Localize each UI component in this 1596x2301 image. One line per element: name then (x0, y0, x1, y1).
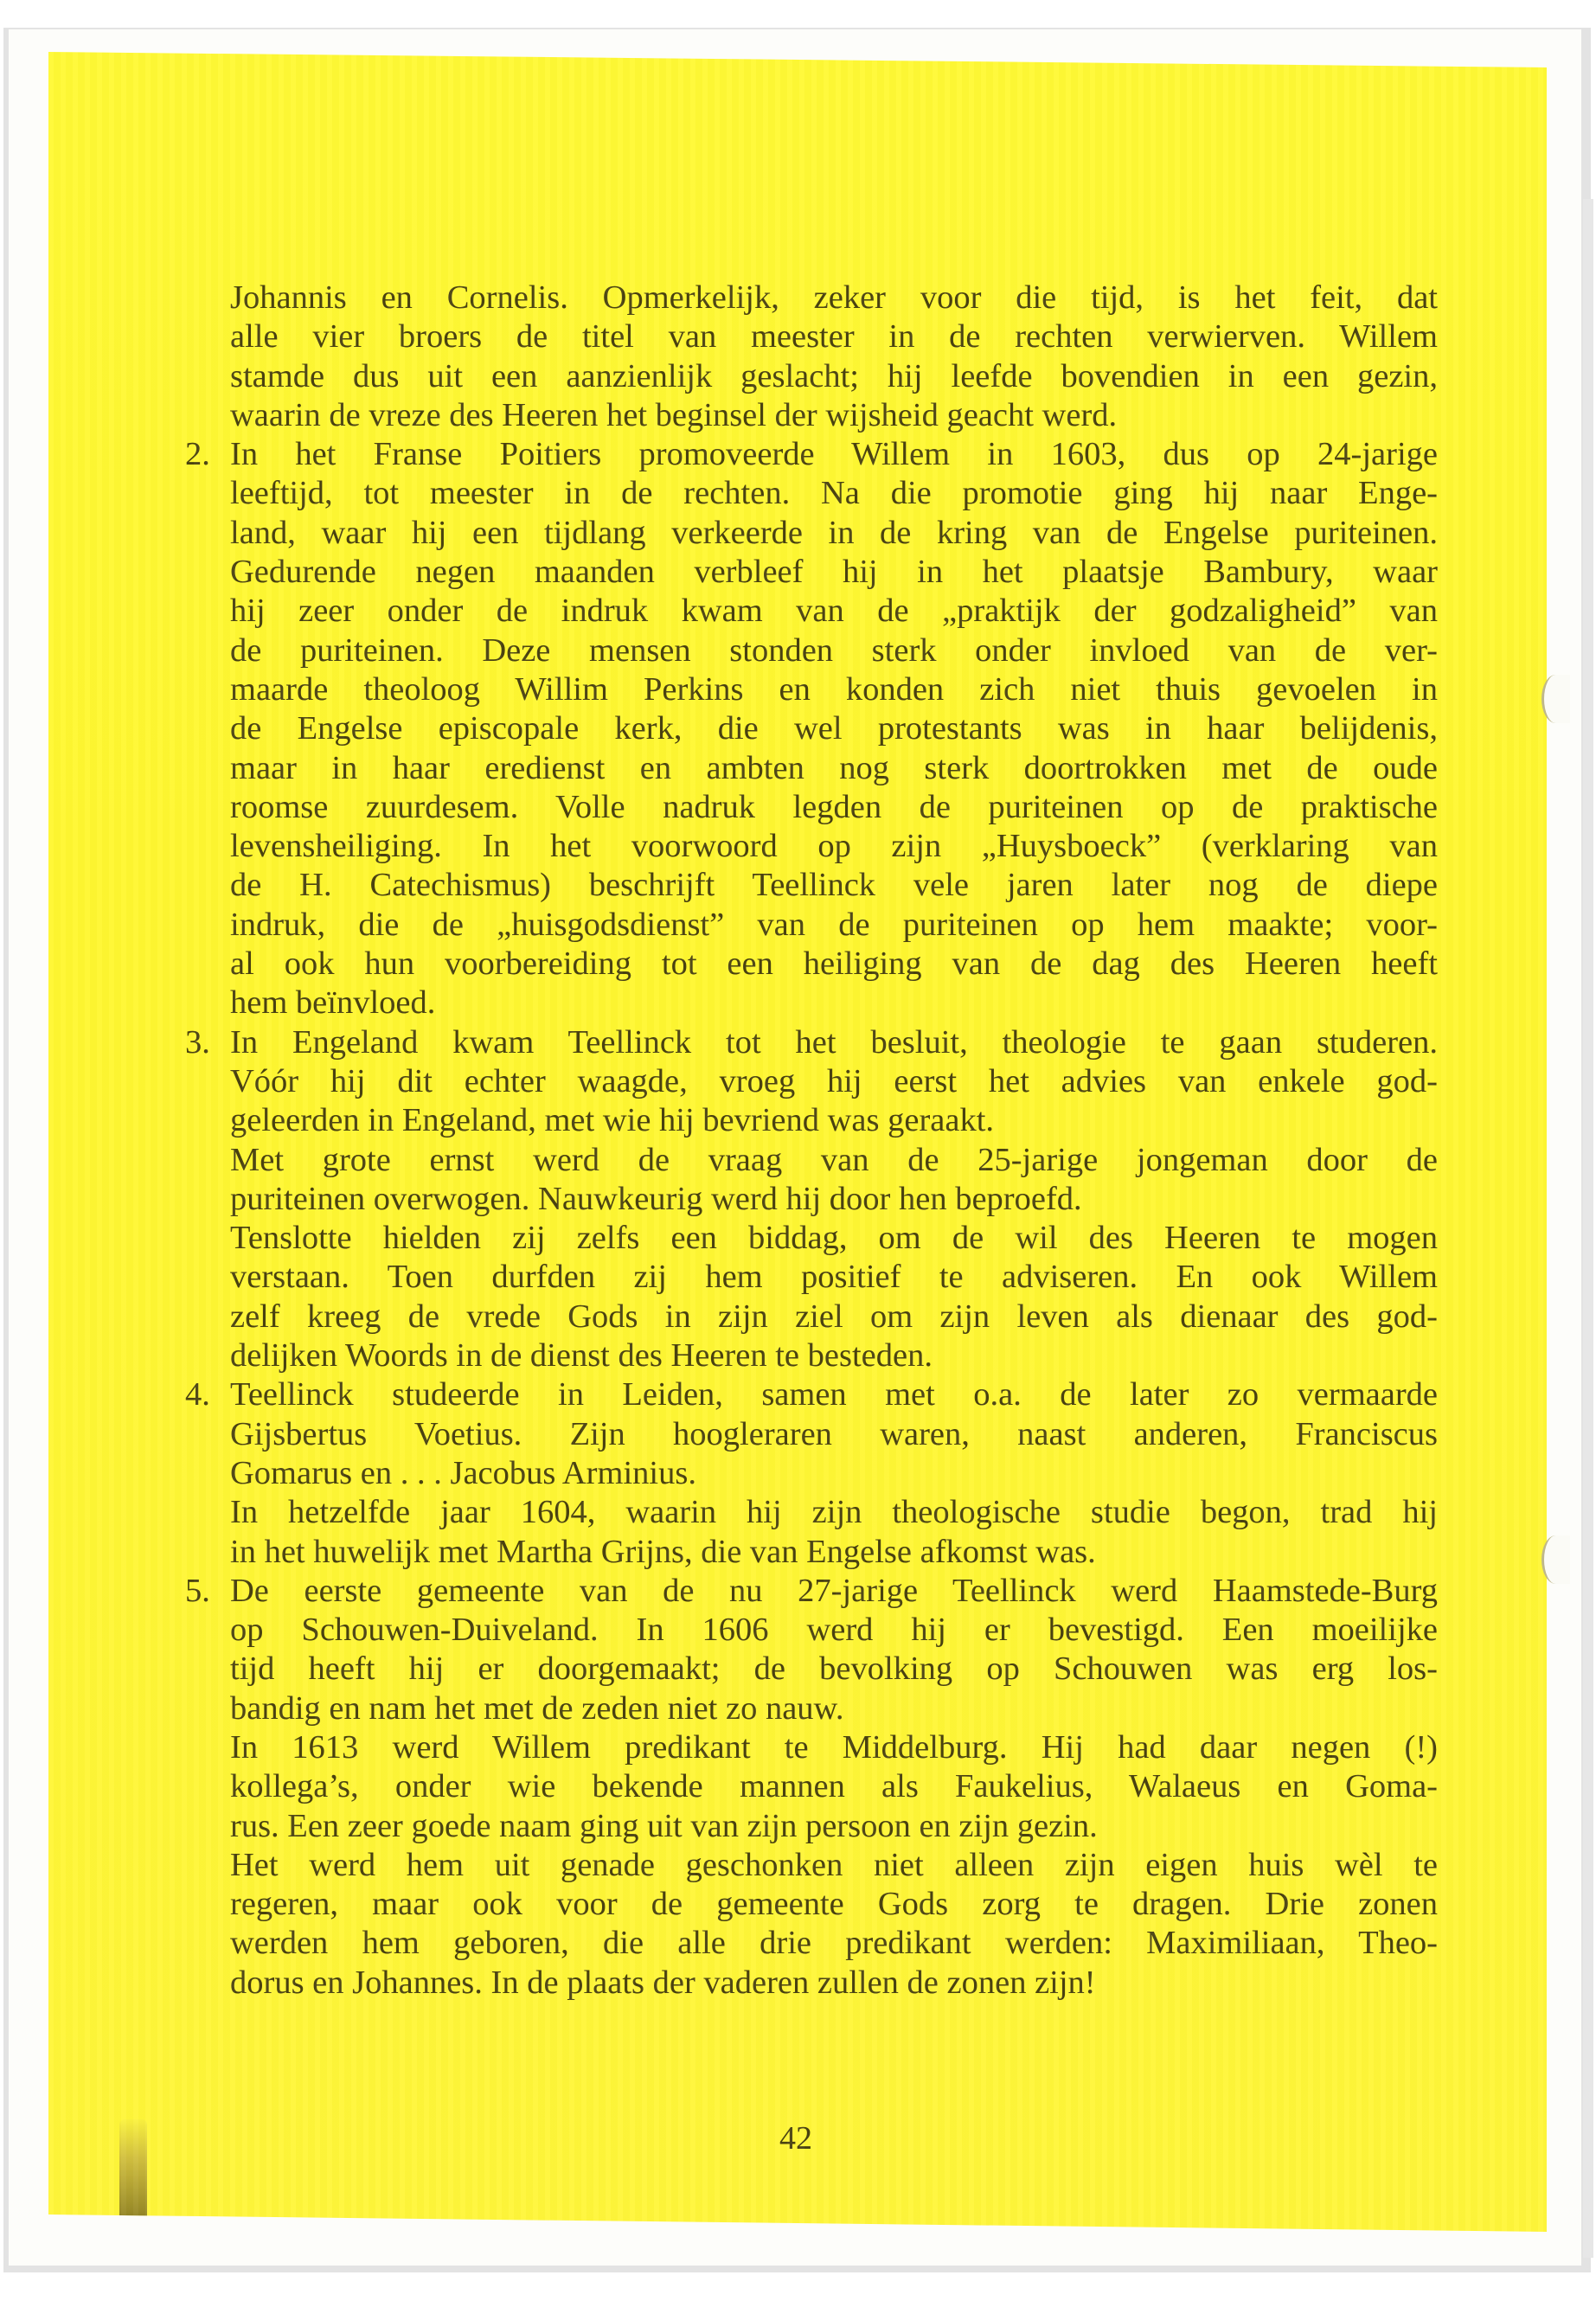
text-line: land, waar hij een tijdlang verkeerde in… (230, 514, 1438, 553)
text-line: De eerste gemeente van de nu 27-jarige T… (230, 1572, 1438, 1611)
text-line: in het huwelijk met Martha Grijns, die v… (230, 1533, 1438, 1572)
page-edge-shadow (1583, 199, 1593, 2258)
list-item: 2.In het Franse Poitiers promoveerde Wil… (230, 435, 1438, 1022)
yellow-page: Johannis en Cornelis. Opmerkelijk, zeker… (48, 52, 1547, 2232)
text-line: maarde theoloog Willim Perkins en konden… (230, 670, 1438, 709)
text-line: al ook hun voorbereiding tot een heiligi… (230, 945, 1438, 984)
list-item-number: 2. (185, 435, 210, 474)
text-line: delijken Woords in de dienst des Heeren … (230, 1336, 1438, 1375)
text-line: kollega’s, onder wie bekende mannen als … (230, 1767, 1438, 1806)
list-item-number: 3. (185, 1023, 210, 1062)
text-line: indruk, die de „huisgodsdienst” van de p… (230, 906, 1438, 945)
text-line: Vóór hij dit echter waagde, vroeg hij ee… (230, 1062, 1438, 1101)
text-line: geleerden in Engeland, met wie hij bevri… (230, 1101, 1438, 1140)
page-number: 42 (779, 2119, 812, 2157)
text-line: regeren, maar ook voor de gemeente Gods … (230, 1885, 1438, 1924)
text-line: Teellinck studeerde in Leiden, samen met… (230, 1375, 1438, 1414)
text-line: dorus en Johannes. In de plaats der vade… (230, 1964, 1438, 2003)
text-line: op Schouwen-Duiveland. In 1606 werd hij … (230, 1611, 1438, 1650)
list-item: 3.In Engeland kwam Teellinck tot het bes… (230, 1023, 1438, 1376)
text-line: waarin de vreze des Heeren het beginsel … (230, 396, 1438, 435)
text-line: de puriteinen. Deze mensen stonden sterk… (230, 631, 1438, 670)
text-line: hij zeer onder de indruk kwam van de „pr… (230, 592, 1438, 631)
text-line: zelf kreeg de vrede Gods in zijn ziel om… (230, 1298, 1438, 1336)
text-line: puriteinen overwogen. Nauwkeurig werd hi… (230, 1180, 1438, 1219)
body-text: Johannis en Cornelis. Opmerkelijk, zeker… (230, 279, 1438, 2003)
text-line: In Engeland kwam Teellinck tot het beslu… (230, 1023, 1438, 1062)
text-line: In 1613 werd Willem predikant te Middelb… (230, 1728, 1438, 1767)
text-line: de H. Catechismus) beschrijft Teellinck … (230, 866, 1438, 905)
text-line: leeftijd, tot meester in de rechten. Na … (230, 474, 1438, 513)
text-line: werden hem geboren, die alle drie predik… (230, 1924, 1438, 1963)
text-line: Het werd hem uit genade geschonken niet … (230, 1846, 1438, 1885)
text-line: stamde dus uit een aanzienlijk geslacht;… (230, 357, 1438, 396)
text-line: Gedurende negen maanden verbleef hij in … (230, 553, 1438, 592)
text-line: alle vier broers de titel van meester in… (230, 317, 1438, 356)
text-line: Met grote ernst werd de vraag van de 25-… (230, 1141, 1438, 1180)
text-line: levensheiliging. In het voorwoord op zij… (230, 827, 1438, 866)
list-item: 4.Teellinck studeerde in Leiden, samen m… (230, 1375, 1438, 1571)
text-line: Johannis en Cornelis. Opmerkelijk, zeker… (230, 279, 1438, 317)
text-line: Gijsbertus Voetius. Zijn hoogleraren war… (230, 1415, 1438, 1454)
text-line: tijd heeft hij er doorgemaakt; de bevolk… (230, 1650, 1438, 1689)
text-line: roomse zuurdesem. Volle nadruk legden de… (230, 788, 1438, 827)
text-line: In hetzelfde jaar 1604, waarin hij zijn … (230, 1493, 1438, 1532)
numbered-list: 2.In het Franse Poitiers promoveerde Wil… (230, 435, 1438, 2003)
text-line: Tenslotte hielden zij zelfs een biddag, … (230, 1219, 1438, 1258)
text-line: bandig en nam het met de zeden niet zo n… (230, 1689, 1438, 1728)
list-item-number: 4. (185, 1375, 210, 1414)
punch-hole (1542, 675, 1570, 723)
text-line: verstaan. Toen durfden zij hem positief … (230, 1258, 1438, 1297)
punch-hole (1542, 1535, 1570, 1584)
list-item: 5.De eerste gemeente van de nu 27-jarige… (230, 1572, 1438, 2003)
list-item-number: 5. (185, 1572, 210, 1611)
text-line: Gomarus en . . . Jacobus Arminius. (230, 1454, 1438, 1493)
text-line: In het Franse Poitiers promoveerde Wille… (230, 435, 1438, 474)
text-line: maar in haar eredienst en ambten nog ste… (230, 749, 1438, 788)
text-line: de Engelse episcopale kerk, die wel prot… (230, 709, 1438, 748)
text-line: hem beïnvloed. (230, 984, 1438, 1022)
text-line: rus. Een zeer goede naam ging uit van zi… (230, 1807, 1438, 1846)
intro-paragraph: Johannis en Cornelis. Opmerkelijk, zeker… (230, 279, 1438, 435)
